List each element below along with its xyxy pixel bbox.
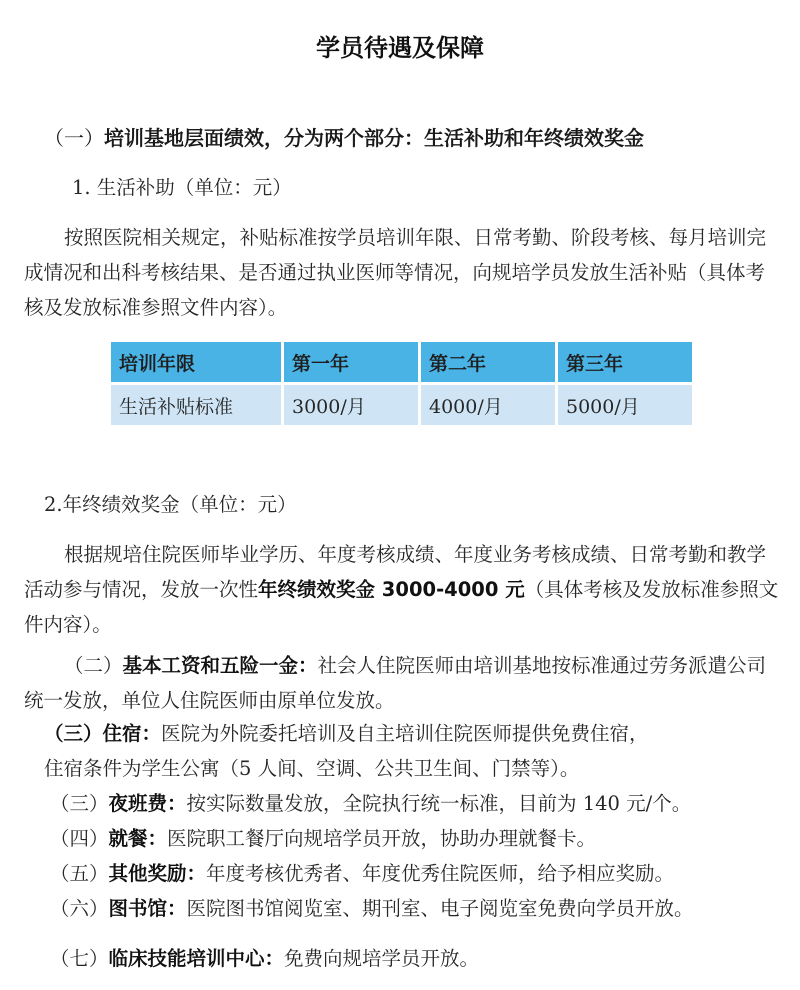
table-header-cell: 第三年 [558,342,692,382]
table-header-row: 培训年限 第一年 第二年 第三年 [111,342,692,382]
item-prefix: （五） [50,862,109,885]
subsection-1-heading: 1. 生活补助（单位：元） [72,171,292,205]
item-dining: （四）就餐：医院职工餐厅向规培学员开放，协助办理就餐卡。 [50,822,596,856]
item-label: 图书馆： [109,897,187,920]
item-clinical-skills: （七）临床技能培训中心：免费向规培学员开放。 [50,942,479,976]
item-text: 医院图书馆阅览室、期刊室、电子阅览室免费向学员开放。 [187,897,694,920]
item-label: 夜班费： [109,792,187,815]
item-text: 按实际数量发放，全院执行统一标准，目前为 140 元/个。 [187,792,692,815]
subsection-2-heading: 2.年终绩效奖金（单位：元） [44,488,297,522]
item-prefix: （六） [50,897,109,920]
table-cell: 3000/月 [284,385,418,425]
item-library: （六）图书馆：医院图书馆阅览室、期刊室、电子阅览室免费向学员开放。 [50,892,694,926]
item-prefix: （三） [50,792,109,815]
item-text: 医院职工餐厅向规培学员开放，协助办理就餐卡。 [167,827,596,850]
section-1-heading-text: 培训基地层面绩效，分为两个部分：生活补助和年终绩效奖金 [104,126,644,150]
bonus-amount: 年终绩效奖金 3000-4000 元 [258,578,525,601]
subsection-2-paragraph: 根据规培住院医师毕业学历、年度考核成绩、年度业务考核成绩、日常考勤和教学活动参与… [24,537,784,642]
table-cell: 生活补贴标准 [111,385,281,425]
item-prefix: （四） [50,827,109,850]
item-basic-salary: （二）基本工资和五险一金：社会人住院医师由培训基地按标准通过劳务派遣公司统一发放… [24,648,784,718]
item-housing: （三）住宿：医院为外院委托培训及自主培训住院医师提供免费住宿， [44,717,649,751]
item-prefix: （二） [64,654,123,677]
item-housing-cont: 住宿条件为学生公寓（5 人间、空调、公共卫生间、门禁等）。 [44,752,579,786]
table-cell: 5000/月 [558,385,692,425]
item-text: 医院为外院委托培训及自主培训住院医师提供免费住宿， [161,722,649,745]
item-label: 就餐： [109,827,168,850]
item-other-rewards: （五）其他奖励：年度考核优秀者、年度优秀住院医师，给予相应奖励。 [50,857,674,891]
table-cell: 4000/月 [421,385,555,425]
subsection-1-paragraph: 按照医院相关规定，补贴标准按学员培训年限、日常考勤、阶段考核、每月培训完成情况和… [24,220,784,325]
table-header-cell: 第二年 [421,342,555,382]
item-label: 基本工资和五险一金： [123,654,318,677]
item-text: 年度考核优秀者、年度优秀住院医师，给予相应奖励。 [206,862,674,885]
table-header-cell: 第一年 [284,342,418,382]
section-1-heading: （一）培训基地层面绩效，分为两个部分：生活补助和年终绩效奖金 [44,122,644,151]
section-1-prefix: （一） [44,126,104,150]
item-label: 其他奖励： [109,862,207,885]
page-title: 学员待遇及保障 [0,28,800,63]
subsidy-table: 培训年限 第一年 第二年 第三年 生活补贴标准 3000/月 4000/月 50… [108,339,695,428]
item-label: 临床技能培训中心： [109,947,285,970]
item-text: 免费向规培学员开放。 [284,947,479,970]
item-prefix: （三） [44,722,103,745]
table-row: 生活补贴标准 3000/月 4000/月 5000/月 [111,385,692,425]
table-header-cell: 培训年限 [111,342,281,382]
item-label: 住宿： [103,722,162,745]
item-night-shift: （三）夜班费：按实际数量发放，全院执行统一标准，目前为 140 元/个。 [50,787,691,821]
item-prefix: （七） [50,947,109,970]
